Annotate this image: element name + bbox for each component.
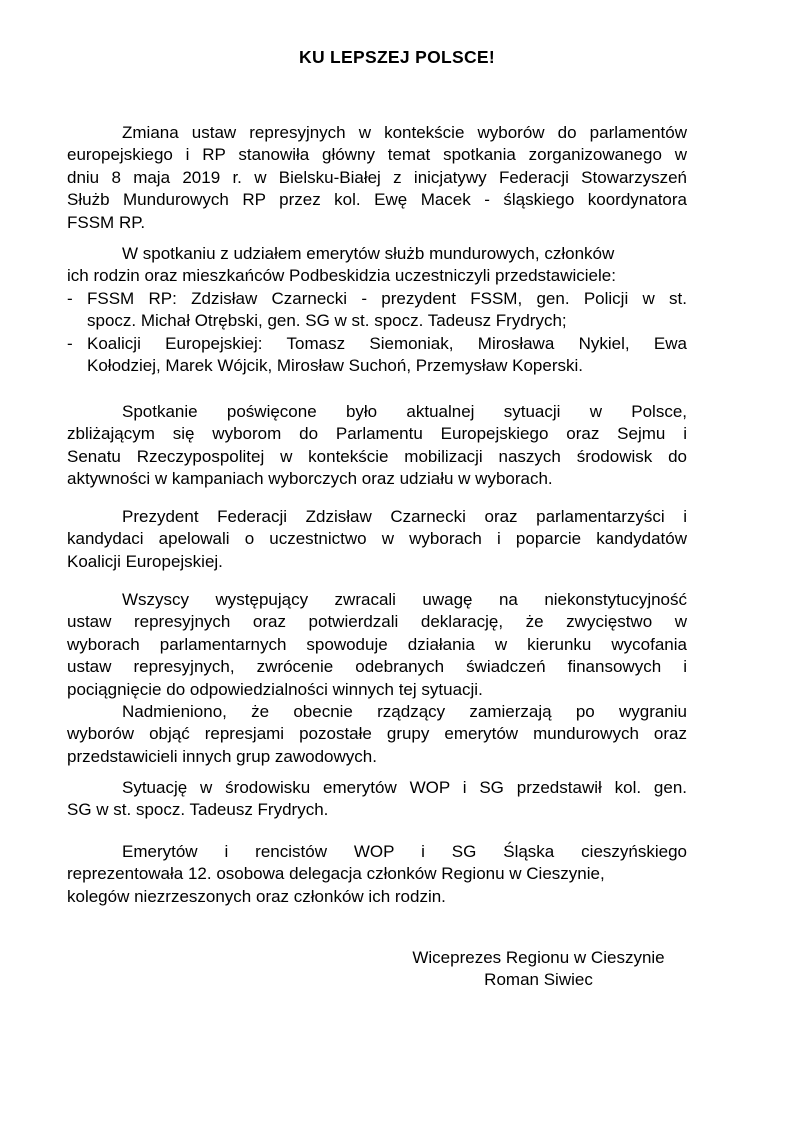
list-item-koalicja: - Koalicji Europejskiej: Tomasz Siemonia… (67, 333, 687, 378)
text-line: dniu 8 maja 2019 r. w Bielsku-Białej z i… (67, 167, 687, 189)
text-line: ich rodzin oraz mieszkańców Podbeskidzia… (67, 265, 687, 287)
list-item-fssm: - FSSM RP: Zdzisław Czarnecki - prezyden… (67, 288, 687, 333)
text-line: europejskiego i RP stanowiła główny tema… (67, 144, 687, 166)
text-line: wyborów objąć represjami pozostałe grupy… (67, 723, 687, 745)
signature-block: Wiceprezes Regionu w Cieszynie Roman Siw… (396, 947, 681, 992)
paragraph-president-appeal: Prezydent Federacji Zdzisław Czarnecki o… (67, 506, 687, 573)
text-line: SG w st. spocz. Tadeusz Frydrych. (67, 799, 687, 821)
paragraph-delegation: Emerytów i rencistów WOP i SG Śląska cie… (67, 841, 687, 908)
text-line: zbliżającym się wyborom do Parlamentu Eu… (67, 423, 687, 445)
bullet-dash: - (67, 288, 73, 310)
document-title: KU LEPSZEJ POLSCE! (0, 47, 794, 68)
text-line: ustaw represyjnych oraz potwierdzali dek… (67, 611, 687, 633)
document-page: KU LEPSZEJ POLSCE! Zmiana ustaw represyj… (0, 0, 794, 1123)
bullet-dash: - (67, 333, 73, 355)
text-line: Wszyscy występujący zwracali uwagę na ni… (67, 589, 687, 611)
paragraph-meeting-subject: Spotkanie poświęcone było aktualnej sytu… (67, 401, 687, 491)
text-line: Emerytów i rencistów WOP i SG Śląska cie… (67, 841, 687, 863)
paragraph-speakers-declaration: Wszyscy występujący zwracali uwagę na ni… (67, 589, 687, 768)
text-line: W spotkaniu z udziałem emerytów służb mu… (67, 243, 687, 265)
text-line: Senatu Rzeczypospolitej w kontekście mob… (67, 446, 687, 468)
paragraph-meeting-topic: Zmiana ustaw represyjnych w kontekście w… (67, 122, 687, 234)
text-line: Sytuację w środowisku emerytów WOP i SG … (67, 777, 687, 799)
paragraph-participants: W spotkaniu z udziałem emerytów służb mu… (67, 243, 687, 377)
text-line: Spotkanie poświęcone było aktualnej sytu… (67, 401, 687, 423)
text-line: Koalicji Europejskiej. (67, 551, 687, 573)
list-text: FSSM RP: Zdzisław Czarnecki - prezydent … (87, 289, 687, 308)
text-line: kandydaci apelowali o uczestnictwo w wyb… (67, 528, 687, 550)
paragraph-wop-sg-situation: Sytuację w środowisku emerytów WOP i SG … (67, 777, 687, 822)
text-line: Prezydent Federacji Zdzisław Czarnecki o… (67, 506, 687, 528)
text-line: reprezentowała 12. osobowa delegacja czł… (67, 863, 687, 885)
text-line: Nadmieniono, że obecnie rządzący zamierz… (67, 701, 687, 723)
text-line: aktywności w kampaniach wyborczych oraz … (67, 468, 687, 490)
signature-name: Roman Siwiec (396, 969, 681, 991)
text-line: wyborach parlamentarnych spowoduje dział… (67, 634, 687, 656)
participants-list: - FSSM RP: Zdzisław Czarnecki - prezyden… (67, 288, 687, 378)
text-line: kolegów niezrzeszonych oraz członków ich… (67, 886, 687, 908)
signature-role: Wiceprezes Regionu w Cieszynie (396, 947, 681, 969)
list-line: - Koalicji Europejskiej: Tomasz Siemonia… (67, 333, 687, 355)
text-line: ustaw represyjnych, zwrócenie odebranych… (67, 656, 687, 678)
text-line: pociągnięcie do odpowiedzialności winnyc… (67, 679, 687, 701)
text-line: Służb Mundurowych RP przez kol. Ewę Mace… (67, 189, 687, 211)
text-line: Zmiana ustaw represyjnych w kontekście w… (67, 122, 687, 144)
list-line: - FSSM RP: Zdzisław Czarnecki - prezyden… (67, 288, 687, 310)
list-line: Kołodziej, Marek Wójcik, Mirosław Suchoń… (67, 355, 687, 377)
text-line: przedstawicieli innych grup zawodowych. (67, 746, 687, 768)
list-text: Koalicji Europejskiej: Tomasz Siemoniak,… (87, 334, 687, 353)
list-line: spocz. Michał Otrębski, gen. SG w st. sp… (67, 310, 687, 332)
text-line: FSSM RP. (67, 212, 687, 234)
